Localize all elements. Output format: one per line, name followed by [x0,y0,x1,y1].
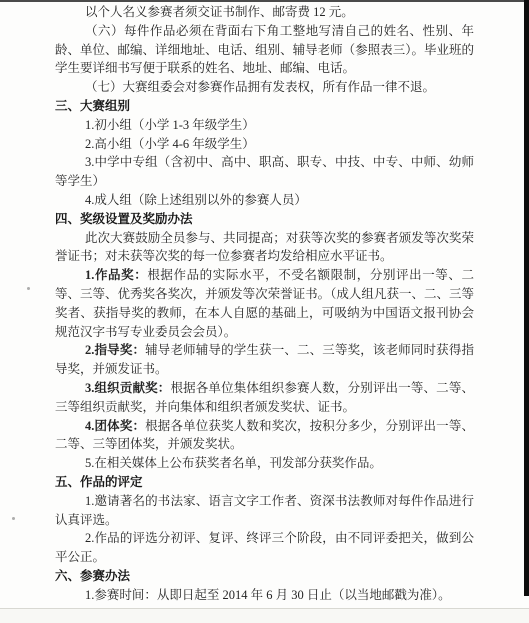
para-awards-intro: 此次大赛鼓励全员参与、共同提高；对获等次奖的参赛者颁发等次奖荣誉证书；对未获等次… [55,229,474,267]
para-award-guidance: 2.指导奖：辅导老师辅导的学生获一、二、三等奖，该老师同时获得指导奖，并颁发证书… [55,341,474,379]
para-group-3: 3.中学中专组（含初中、高中、职高、职专、中技、中专、中师、幼师等学生） [55,153,474,191]
award-guidance-label: 2.指导奖： [85,343,145,357]
para-award-organization: 3.组织贡献奖：根据各单位集体组织参赛人数，分别评出一等、二等、三等组织贡献奖，… [55,379,474,417]
document-text-block: 以个人名义参赛者须交证书制作、邮寄费 12 元。 （六）每件作品必须在背面右下角… [55,3,474,605]
para-group-4: 4.成人组（除上述组别以外的参赛人员） [55,191,474,210]
para-award-publication: 5.在相关媒体上公布获奖者名单，刊发部分获奖作品。 [55,454,474,473]
para-rule-6: （六）每件作品必须在背面右下角工整地写清自己的姓名、性别、年龄、单位、邮编、详细… [55,22,474,78]
award-organization-label: 3.组织贡献奖： [85,381,170,395]
scan-bottom-band [0,608,529,623]
award-works-label: 1.作品奖： [85,268,147,282]
para-individual-entry-fee: 以个人名义参赛者须交证书制作、邮寄费 12 元。 [55,3,474,22]
award-team-label: 4.团体奖： [85,419,145,433]
para-award-works: 1.作品奖：根据作品的实际水平，不受名额限制，分别评出一等、二等、三等、优秀奖各… [55,266,474,341]
heading-section-6-entry: 六、参赛办法 [55,567,474,586]
para-group-2: 2.高小组（小学 4-6 年级学生） [55,135,474,154]
scan-right-edge [524,0,529,596]
para-entry-time: 1.参赛时间：从即日起至 2014 年 6 月 30 日止（以当地邮戳为准）。 [55,586,474,605]
heading-section-5-evaluation: 五、作品的评定 [55,473,474,492]
scanned-document-page: 以个人名义参赛者须交证书制作、邮寄费 12 元。 （六）每件作品必须在背面右下角… [0,0,529,623]
para-evaluation-1: 1.邀请著名的书法家、语言文字工作者、资深书法教师对每件作品进行认真评选。 [55,492,474,530]
para-group-1: 1.初小组（小学 1-3 年级学生） [55,116,474,135]
para-award-team: 4.团体奖：根据各单位获奖人数和奖次，按积分多少，分别评出一等、二等、三等团体奖… [55,417,474,455]
para-evaluation-2: 2.作品的评选分初评、复评、终评三个阶段，由不同评委把关，做到公平公正。 [55,529,474,567]
scan-artifact-dot [98,196,100,198]
heading-section-4-awards: 四、奖级设置及奖励办法 [55,210,474,229]
scan-top-edge [0,0,529,2]
scan-artifact-dot [27,287,30,290]
heading-section-3-groups: 三、大赛组别 [55,97,474,116]
scan-artifact-dot [12,517,15,520]
para-rule-7: （七）大赛组委会对参赛作品拥有发表权，所有作品一律不退。 [55,78,474,97]
